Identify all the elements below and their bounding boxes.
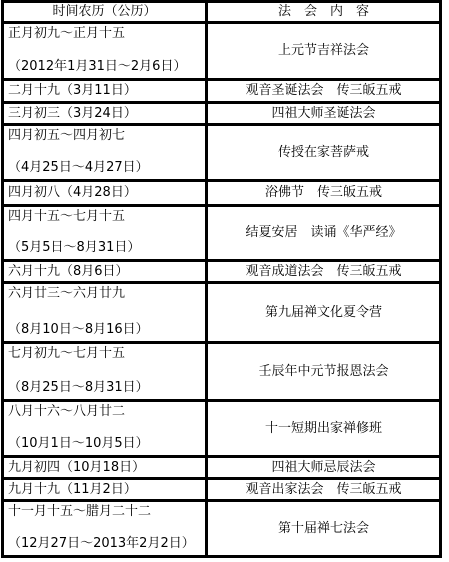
time-cell: 四月十五～七月十五 （5月5日～8月31日） (4, 207, 208, 259)
lunar-date: 八月十六～八月廿二 (8, 404, 205, 420)
gregorian-date: （8月10日～8月16日） (8, 322, 205, 338)
event-row: 六月十九（8月6日） 观音成道法会 传三皈五戒 (4, 262, 439, 284)
event-cell: 四祖大师圣诞法会 (208, 104, 439, 123)
lunar-date: 三月初三（3月24日） (8, 106, 137, 122)
time-cell: 三月初三（3月24日） (4, 104, 208, 123)
event-cell: 浴佛节 传三皈五戒 (208, 182, 439, 204)
gregorian-date: （12月27日～2013年2月2日） (8, 536, 205, 552)
lunar-date: 六月十九（8月6日） (8, 264, 129, 280)
event-name: 传授在家菩萨戒 (278, 145, 369, 161)
time-cell: 四月初五～四月初七 （4月25日～4月27日） (4, 126, 208, 179)
gregorian-date: （10月1日～10月5日） (8, 436, 205, 452)
col-header-time-label: 时间农历（公历） (52, 4, 156, 20)
event-name: 第九届禅文化夏令营 (265, 305, 382, 321)
event-name: 壬辰年中元节报恩法会 (258, 364, 388, 380)
col-header-event-label: 法 会 内 容 (278, 4, 369, 20)
event-row: 二月十九（3月11日） 观音圣诞法会 传三皈五戒 (4, 81, 439, 104)
event-schedule-table: 时间农历（公历） 法 会 内 容 正月初九～正月十五 （2012年1月31日～2… (1, 0, 442, 558)
event-name: 观音出家法会 传三皈五戒 (245, 482, 401, 498)
event-name: 结夏安居 读诵《华严经》 (245, 225, 401, 241)
lunar-date: 六月廿三～六月廿九 (8, 286, 205, 302)
lunar-date: 十一月十五～腊月二十二 (8, 504, 205, 520)
time-cell: 九月初四（10月18日） (4, 458, 208, 477)
event-cell: 结夏安居 读诵《华严经》 (208, 207, 439, 259)
event-cell: 观音出家法会 传三皈五戒 (208, 480, 439, 499)
lunar-date: 九月初四（10月18日） (8, 460, 145, 476)
lunar-date: 二月十九（3月11日） (8, 83, 137, 99)
time-cell: 八月十六～八月廿二 （10月1日～10月5日） (4, 402, 208, 455)
event-row: 四月初五～四月初七 （4月25日～4月27日） 传授在家菩萨戒 (4, 126, 439, 182)
event-name: 上元节吉祥法会 (278, 43, 369, 59)
time-cell: 十一月十五～腊月二十二 （12月27日～2013年2月2日） (4, 502, 208, 555)
event-name: 十一短期出家禅修班 (265, 421, 382, 437)
event-row: 七月初九～七月十五 （8月25日～8月31日） 壬辰年中元节报恩法会 (4, 344, 439, 402)
event-cell: 四祖大师忌辰法会 (208, 458, 439, 477)
event-row: 四月初八（4月28日） 浴佛节 传三皈五戒 (4, 182, 439, 207)
lunar-date: 七月初九～七月十五 (8, 346, 205, 362)
gregorian-date: （4月25日～4月27日） (8, 160, 205, 176)
event-row: 八月十六～八月廿二 （10月1日～10月5日） 十一短期出家禅修班 (4, 402, 439, 458)
gregorian-date: （8月25日～8月31日） (8, 380, 205, 396)
event-name: 第十届禅七法会 (278, 521, 369, 537)
event-row: 九月十九（11月2日） 观音出家法会 传三皈五戒 (4, 480, 439, 502)
event-cell: 观音成道法会 传三皈五戒 (208, 262, 439, 281)
time-cell: 正月初九～正月十五 （2012年1月31日～2月6日） (4, 24, 208, 78)
event-cell: 上元节吉祥法会 (208, 24, 439, 78)
event-cell: 十一短期出家禅修班 (208, 402, 439, 455)
event-cell: 第十届禅七法会 (208, 502, 439, 555)
gregorian-date: （2012年1月31日～2月6日） (8, 59, 205, 75)
gregorian-date: （5月5日～8月31日） (8, 240, 205, 256)
time-cell: 六月廿三～六月廿九 （8月10日～8月16日） (4, 284, 208, 341)
event-name: 四祖大师圣诞法会 (271, 106, 375, 122)
lunar-date: 四月初八（4月28日） (8, 185, 137, 201)
event-cell: 观音圣诞法会 传三皈五戒 (208, 81, 439, 101)
lunar-date: 九月十九（11月2日） (8, 482, 137, 498)
lunar-date: 四月初五～四月初七 (8, 128, 205, 144)
event-row: 四月十五～七月十五 （5月5日～8月31日） 结夏安居 读诵《华严经》 (4, 207, 439, 262)
col-header-time: 时间农历（公历） (4, 3, 208, 21)
time-cell: 六月十九（8月6日） (4, 262, 208, 281)
event-name: 观音圣诞法会 传三皈五戒 (245, 83, 401, 99)
time-cell: 七月初九～七月十五 （8月25日～8月31日） (4, 344, 208, 399)
time-cell: 四月初八（4月28日） (4, 182, 208, 204)
header-row: 时间农历（公历） 法 会 内 容 (4, 3, 439, 24)
event-name: 四祖大师忌辰法会 (271, 460, 375, 476)
event-row: 十一月十五～腊月二十二 （12月27日～2013年2月2日） 第十届禅七法会 (4, 502, 439, 555)
event-cell: 第九届禅文化夏令营 (208, 284, 439, 341)
event-cell: 传授在家菩萨戒 (208, 126, 439, 179)
event-row: 三月初三（3月24日） 四祖大师圣诞法会 (4, 104, 439, 126)
lunar-date: 四月十五～七月十五 (8, 209, 205, 225)
event-row: 正月初九～正月十五 （2012年1月31日～2月6日） 上元节吉祥法会 (4, 24, 439, 81)
event-row: 九月初四（10月18日） 四祖大师忌辰法会 (4, 458, 439, 480)
event-name: 浴佛节 传三皈五戒 (265, 185, 382, 201)
time-cell: 九月十九（11月2日） (4, 480, 208, 499)
event-row: 六月廿三～六月廿九 （8月10日～8月16日） 第九届禅文化夏令营 (4, 284, 439, 344)
event-name: 观音成道法会 传三皈五戒 (245, 264, 401, 280)
time-cell: 二月十九（3月11日） (4, 81, 208, 101)
col-header-event: 法 会 内 容 (208, 3, 439, 21)
lunar-date: 正月初九～正月十五 (8, 26, 205, 42)
event-cell: 壬辰年中元节报恩法会 (208, 344, 439, 399)
